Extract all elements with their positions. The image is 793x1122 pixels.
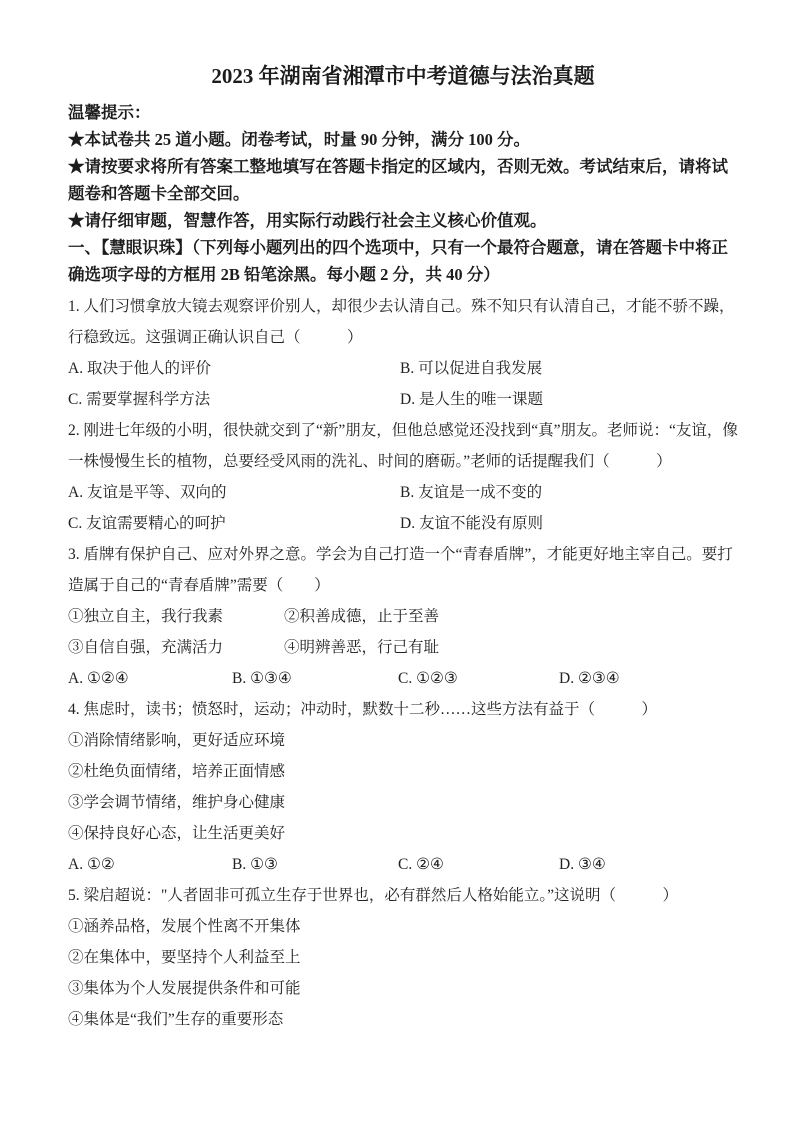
question-1-stem: 1. 人们习惯拿放大镜去观察评价别人，却很少去认清自己。殊不知只有认清自己，才能… — [68, 291, 738, 353]
question-1-option-b: B. 可以促进自我发展 — [400, 353, 738, 384]
question-1-option-c: C. 需要掌握科学方法 — [68, 384, 400, 415]
question-3-item-3: ③自信自强，充满活力 — [68, 632, 284, 663]
question-4-item-3: ③学会调节情绪，维护身心健康 — [68, 787, 738, 818]
question-1: 1. 人们习惯拿放大镜去观察评价别人，却很少去认清自己。殊不知只有认清自己，才能… — [68, 291, 738, 415]
question-4-stem: 4. 焦虑时，读书；愤怒时，运动；冲动时，默数十二秒……这些方法有益于（ ） — [68, 694, 738, 725]
question-4-option-a: A. ①② — [68, 849, 232, 880]
question-5-item-2: ②在集体中，要坚持个人利益至上 — [68, 942, 738, 973]
question-1-options-row-ab: A. 取决于他人的评价 B. 可以促进自我发展 — [68, 353, 738, 384]
question-3-option-d: D. ②③④ — [559, 663, 738, 694]
notice-item-2: ★请按要求将所有答案工整地填写在答题卡指定的区域内，否则无效。考试结束后，请将试… — [68, 153, 738, 207]
question-2-option-a: A. 友谊是平等、双向的 — [68, 477, 400, 508]
section-heading: 一、【慧眼识珠】（下列每小题列出的四个选项中，只有一个最符合题意，请在答题卡中将… — [68, 234, 738, 288]
question-2-option-d: D. 友谊不能没有原则 — [400, 508, 738, 539]
question-4-options-row: A. ①② B. ①③ C. ②④ D. ③④ — [68, 849, 738, 880]
question-4-option-d: D. ③④ — [559, 849, 738, 880]
question-2-options-row-cd: C. 友谊需要精心的呵护 D. 友谊不能没有原则 — [68, 508, 738, 539]
question-5-item-4: ④集体是“我们”生存的重要形态 — [68, 1004, 738, 1035]
question-5-item-1: ①涵养品格，发展个性离不开集体 — [68, 911, 738, 942]
notice-item-1: ★本试卷共 25 道小题。闭卷考试，时量 90 分钟，满分 100 分。 — [68, 126, 738, 153]
question-4-item-2: ②杜绝负面情绪，培养正面情感 — [68, 756, 738, 787]
question-3-item-4: ④明辨善恶，行己有耻 — [284, 632, 738, 663]
question-3: 3. 盾牌有保护自己、应对外界之意。学会为自己打造一个“青春盾牌”，才能更好地主… — [68, 539, 738, 694]
question-3-options-row: A. ①②④ B. ①③④ C. ①②③ D. ②③④ — [68, 663, 738, 694]
question-2: 2. 刚进七年级的小明，很快就交到了“新”朋友，但他总感觉还没找到“真”朋友。老… — [68, 415, 738, 539]
question-1-options-row-cd: C. 需要掌握科学方法 D. 是人生的唯一课题 — [68, 384, 738, 415]
question-3-item-1: ①独立自主，我行我素 — [68, 601, 284, 632]
question-4-item-4: ④保持良好心态，让生活更美好 — [68, 818, 738, 849]
exam-paper-page: 2023 年湖南省湘潭市中考道德与法治真题 温馨提示： ★本试卷共 25 道小题… — [0, 0, 793, 1122]
questions-list: 1. 人们习惯拿放大镜去观察评价别人，却很少去认清自己。殊不知只有认清自己，才能… — [68, 291, 738, 1035]
notice-heading: 温馨提示： — [68, 99, 738, 126]
question-3-option-c: C. ①②③ — [398, 663, 559, 694]
question-1-option-a: A. 取决于他人的评价 — [68, 353, 400, 384]
question-2-option-c: C. 友谊需要精心的呵护 — [68, 508, 400, 539]
question-4-item-1: ①消除情绪影响，更好适应环境 — [68, 725, 738, 756]
question-3-items-row-12: ①独立自主，我行我素 ②积善成德，止于至善 — [68, 601, 738, 632]
question-1-option-d: D. 是人生的唯一课题 — [400, 384, 738, 415]
question-3-items-row-34: ③自信自强，充满活力 ④明辨善恶，行己有耻 — [68, 632, 738, 663]
question-3-stem: 3. 盾牌有保护自己、应对外界之意。学会为自己打造一个“青春盾牌”，才能更好地主… — [68, 539, 738, 601]
notice-item-3: ★请仔细审题，智慧作答，用实际行动践行社会主义核心价值观。 — [68, 207, 738, 234]
question-4-option-c: C. ②④ — [398, 849, 559, 880]
question-4: 4. 焦虑时，读书；愤怒时，运动；冲动时，默数十二秒……这些方法有益于（ ） ①… — [68, 694, 738, 880]
question-4-option-b: B. ①③ — [232, 849, 398, 880]
question-3-option-b: B. ①③④ — [232, 663, 398, 694]
page-title: 2023 年湖南省湘潭市中考道德与法治真题 — [68, 62, 738, 90]
question-5: 5. 梁启超说："人者固非可孤立生存于世界也，必有群然后人格始能立。”这说明（ … — [68, 880, 738, 1035]
question-3-option-a: A. ①②④ — [68, 663, 232, 694]
question-2-stem: 2. 刚进七年级的小明，很快就交到了“新”朋友，但他总感觉还没找到“真”朋友。老… — [68, 415, 738, 477]
notice-block: 温馨提示： ★本试卷共 25 道小题。闭卷考试，时量 90 分钟，满分 100 … — [68, 99, 738, 288]
question-2-options-row-ab: A. 友谊是平等、双向的 B. 友谊是一成不变的 — [68, 477, 738, 508]
question-5-item-3: ③集体为个人发展提供条件和可能 — [68, 973, 738, 1004]
question-5-stem: 5. 梁启超说："人者固非可孤立生存于世界也，必有群然后人格始能立。”这说明（ … — [68, 880, 738, 911]
question-2-option-b: B. 友谊是一成不变的 — [400, 477, 738, 508]
question-3-item-2: ②积善成德，止于至善 — [284, 601, 738, 632]
